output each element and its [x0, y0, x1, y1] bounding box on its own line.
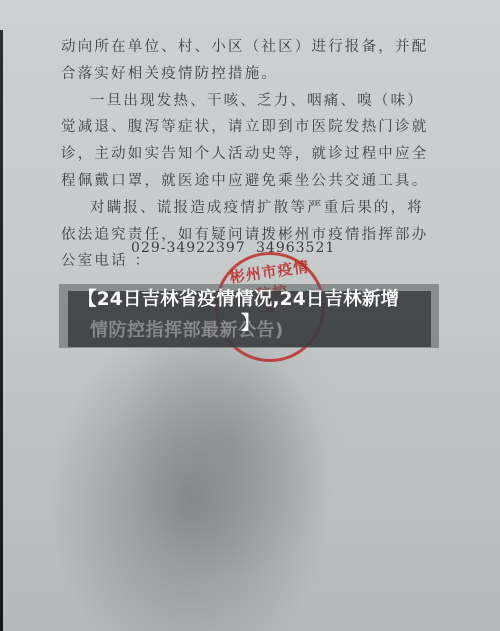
article-title-line1: 【24日吉林省疫情情况,24日吉林新增 [78, 289, 399, 310]
paragraph-2: 一旦出现发热、干咳、乏力、咽痛、嗅（味）觉减退、腹泻等症状，请立即到市医院发热门… [61, 88, 431, 195]
phone-number-1: 029-34922397 [131, 240, 246, 256]
page-edge-shadow [0, 30, 3, 631]
article-title[interactable]: 【24日吉林省疫情情况,24日吉林新增 】 [78, 288, 438, 336]
paragraph-1: 动向所在单位、村、小区（社区）进行报备，并配合落实好相关疫情防控措施。 [61, 34, 431, 88]
article-title-line2: 】 [78, 312, 438, 336]
document-body: 动向所在单位、村、小区（社区）进行报备，并配合落实好相关疫情防控措施。 一旦出现… [61, 34, 431, 275]
